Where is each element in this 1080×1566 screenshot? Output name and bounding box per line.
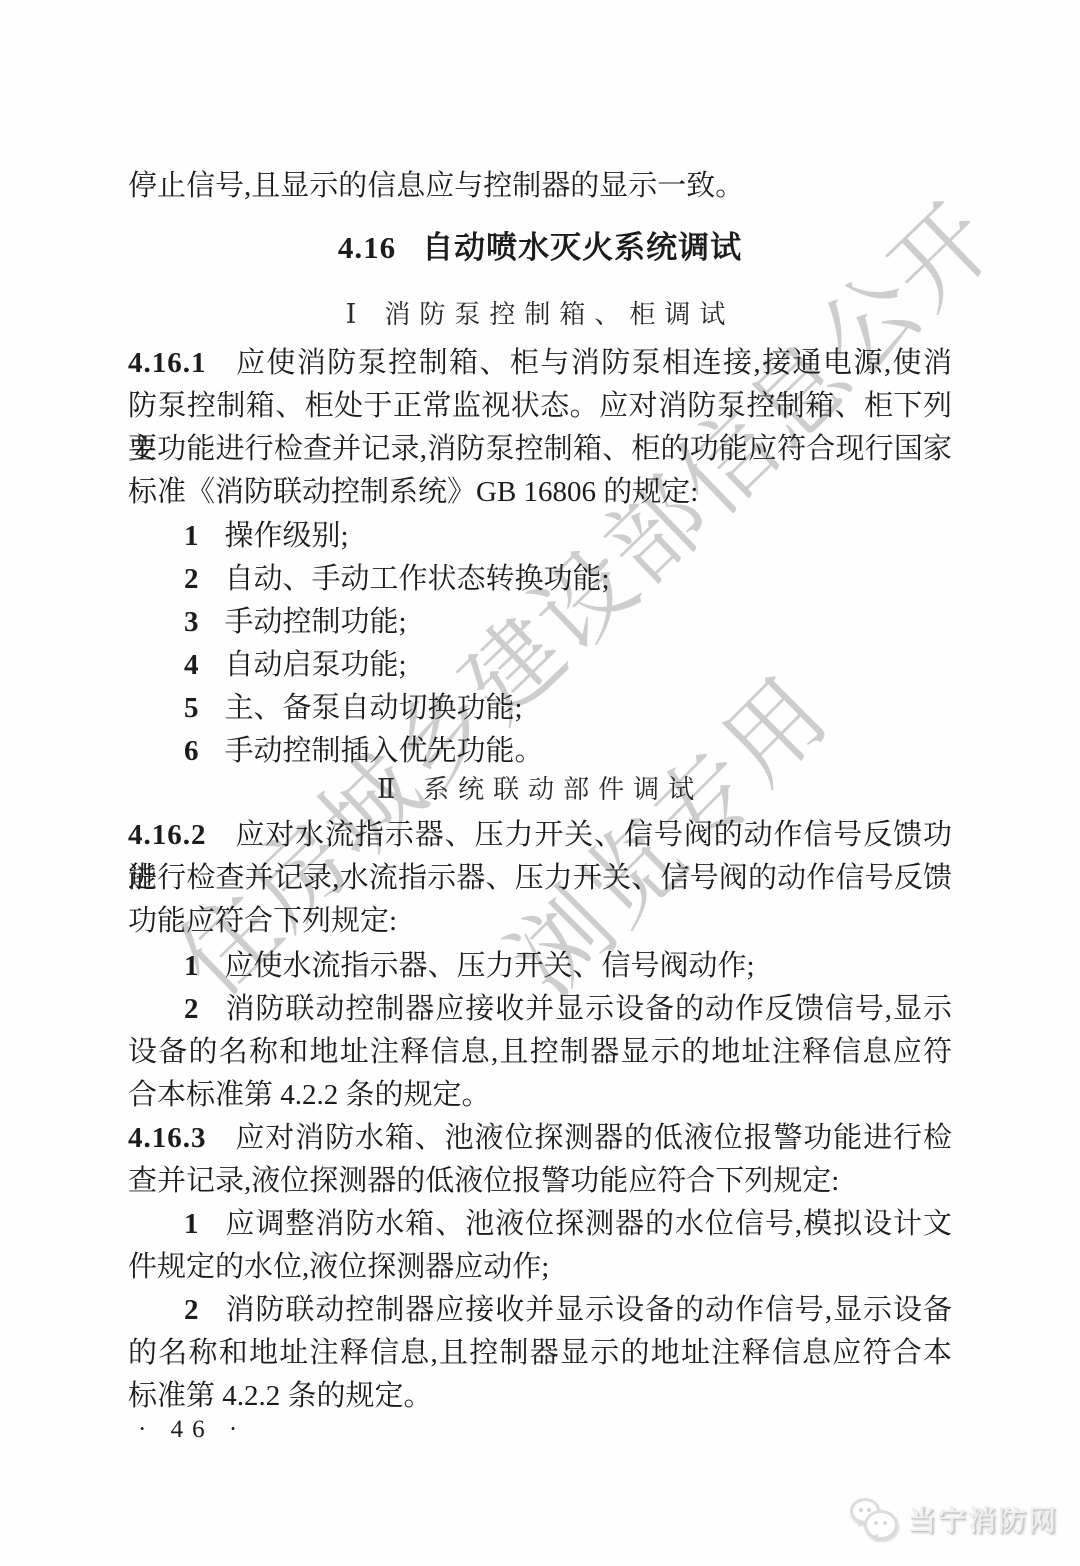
list-item-number: 1 xyxy=(184,1208,199,1240)
clause-4-16-3-text: 应对消防水箱、池液位探测器的低液位报警功能进行检 xyxy=(235,1122,953,1154)
list-item-number: 3 xyxy=(184,606,199,638)
clause-4-16-1-text: 应使消防泵控制箱、柜与消防泵相连接,接通电源,使消 xyxy=(235,347,953,379)
clause-4-16-3-line-1: 4.16.3应对消防水箱、池液位探测器的低液位报警功能进行检 xyxy=(128,1117,952,1160)
list-item: 6手动控制插入优先功能。 xyxy=(128,730,952,773)
subsection-1-numeral: Ⅰ xyxy=(346,299,357,329)
subsection-2-numeral: Ⅱ xyxy=(377,774,395,804)
list-item-number: 1 xyxy=(184,520,199,552)
list-item: 2自动、手动工作状态转换功能; xyxy=(128,558,952,601)
section-title: 自动喷水灭火系统调试 xyxy=(422,230,742,265)
list-item: 2消防联动控制器应接收并显示设备的动作信号,显示设备 xyxy=(128,1289,952,1332)
list-item-text: 消防联动控制器应接收并显示设备的动作信号,显示设备 xyxy=(225,1294,953,1326)
list-item-text: 消防联动控制器应接收并显示设备的动作反馈信号,显示 xyxy=(225,993,953,1025)
clause-4-16-2-line-3: 功能应符合下列规定: xyxy=(128,900,952,943)
clause-4-16-1-line-3: 要功能进行检查并记录,消防泵控制箱、柜的功能应符合现行国家 xyxy=(128,428,952,471)
list-item-text: 手动控制插入优先功能。 xyxy=(225,735,544,767)
paragraph-continuation: 停止信号,且显示的信息应与控制器的显示一致。 xyxy=(128,165,952,208)
list-item: 1应调整消防水箱、池液位探测器的水位信号,模拟设计文 xyxy=(128,1203,952,1246)
list-item-number: 2 xyxy=(184,1294,199,1326)
clause-4-16-2-number: 4.16.2 xyxy=(128,819,207,851)
clause-4-16-1-line-2: 防泵控制箱、柜处于正常监视状态。应对消防泵控制箱、柜下列主 xyxy=(128,385,952,428)
list-item-text: 自动启泵功能; xyxy=(225,649,407,681)
list-item: 2消防联动控制器应接收并显示设备的动作反馈信号,显示 xyxy=(128,988,952,1031)
list-item-number: 4 xyxy=(184,649,199,681)
list-item-number: 2 xyxy=(184,993,199,1025)
wechat-icon xyxy=(850,1496,898,1542)
list-item-text: 主、备泵自动切换功能; xyxy=(225,692,523,724)
list-item-continuation: 设备的名称和地址注释信息,且控制器显示的地址注释信息应符 xyxy=(128,1031,952,1074)
clause-4-16-3-line-2: 查并记录,液位探测器的低液位报警功能应符合下列规定: xyxy=(128,1160,952,1203)
clause-4-16-3-number: 4.16.3 xyxy=(128,1122,207,1154)
list-item-text: 自动、手动工作状态转换功能; xyxy=(225,563,610,595)
list-item-number: 5 xyxy=(184,692,199,724)
subsection-2-heading: Ⅱ系统联动部件调试 xyxy=(128,771,952,807)
list-item-text: 应调整消防水箱、池液位探测器的水位信号,模拟设计文 xyxy=(225,1208,953,1240)
clause-4-16-1-line-1: 4.16.1应使消防泵控制箱、柜与消防泵相连接,接通电源,使消 xyxy=(128,342,952,385)
clause-4-16-1-line-4: 标准《消防联动控制系统》GB 16806 的规定: xyxy=(128,471,952,514)
list-item: 1操作级别; xyxy=(128,515,952,558)
list-item-number: 6 xyxy=(184,735,199,767)
subsection-2-title: 系统联动部件调试 xyxy=(423,775,703,804)
subsection-1-heading: Ⅰ消防泵控制箱、柜调试 xyxy=(128,296,952,332)
list-item: 4自动启泵功能; xyxy=(128,644,952,687)
list-item-text: 操作级别; xyxy=(225,520,349,552)
list-item-number: 1 xyxy=(184,950,199,982)
document-page: 住房城乡建设部信息公开 浏览专用 停止信号,且显示的信息应与控制器的显示一致。 … xyxy=(0,0,1080,1566)
list-item-text: 应使水流指示器、压力开关、信号阀动作; xyxy=(225,950,755,982)
clause-4-16-2-line-2: 进行检查并记录,水流指示器、压力开关、信号阀的动作信号反馈 xyxy=(128,857,952,900)
list-item-text: 手动控制功能; xyxy=(225,606,407,638)
list-item-number: 2 xyxy=(184,563,199,595)
page-number: · 46 · xyxy=(138,1415,246,1445)
site-logo-text: 当宁消防网 xyxy=(908,1499,1058,1539)
list-item-continuation: 标准第 4.2.2 条的规定。 xyxy=(128,1375,952,1418)
list-item: 5主、备泵自动切换功能; xyxy=(128,687,952,730)
list-item: 3手动控制功能; xyxy=(128,601,952,644)
clause-4-16-2-line-1: 4.16.2应对水流指示器、压力开关、信号阀的动作信号反馈功能 xyxy=(128,814,952,857)
list-item-continuation: 件规定的水位,液位探测器应动作; xyxy=(128,1246,952,1289)
subsection-1-title: 消防泵控制箱、柜调试 xyxy=(384,300,734,329)
list-item-continuation: 合本标准第 4.2.2 条的规定。 xyxy=(128,1074,952,1117)
section-number: 4.16 xyxy=(338,230,396,265)
clause-4-16-1-number: 4.16.1 xyxy=(128,347,207,379)
site-logo: 当宁消防网 xyxy=(850,1492,1058,1546)
section-heading: 4.16自动喷水灭火系统调试 xyxy=(128,226,952,269)
list-item-continuation: 的名称和地址注释信息,且控制器显示的地址注释信息应符合本 xyxy=(128,1332,952,1375)
list-item: 1应使水流指示器、压力开关、信号阀动作; xyxy=(128,945,952,988)
